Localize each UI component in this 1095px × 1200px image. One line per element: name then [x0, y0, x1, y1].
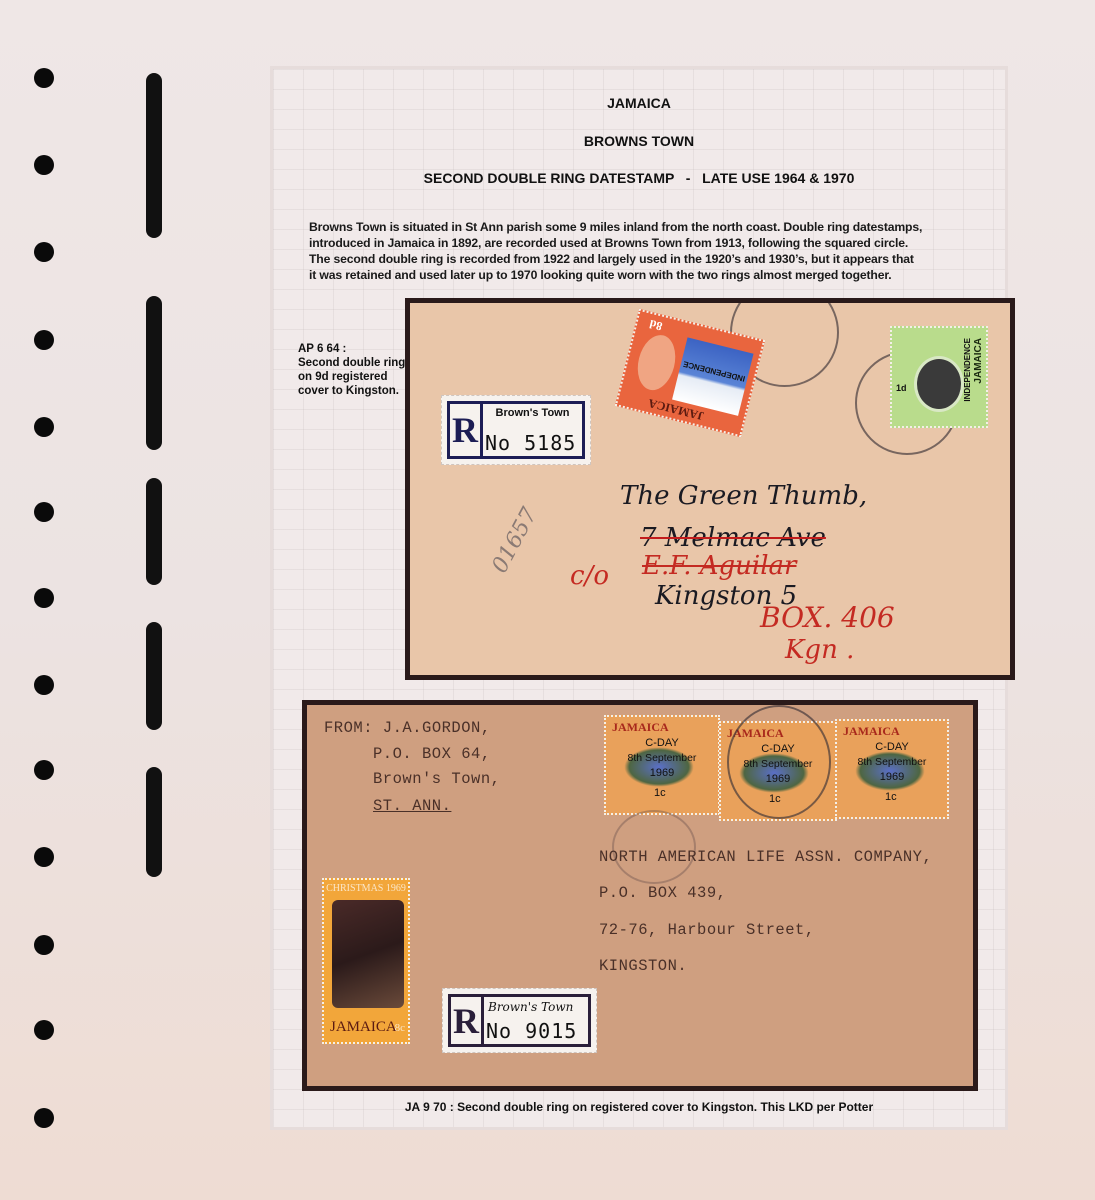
binder-hole — [34, 675, 54, 695]
stamp-cday-1c: JAMAICA C-DAY 8th September 1969 1c — [835, 719, 949, 819]
registration-label: R Brown's Town No 9015 — [442, 988, 597, 1053]
stamp-overprint: C-DAY — [606, 737, 718, 749]
stamp-value: 1c — [654, 787, 666, 799]
stamp-portrait — [914, 356, 964, 412]
stamp-portrait — [632, 331, 680, 394]
recipient-line: NORTH AMERICAN LIFE ASSN. COMPANY, — [599, 848, 932, 866]
binder-slot — [146, 478, 162, 585]
binder-slot — [146, 767, 162, 877]
recipient-line: KINGSTON. — [599, 957, 687, 975]
stamp-country: JAMAICA — [843, 724, 900, 739]
stamp-overprint: C-DAY — [837, 741, 947, 753]
sender-line: ST. ANN. — [373, 797, 451, 815]
stamp-value: 8c — [395, 1022, 405, 1034]
cover1-note: AP 6 64 : Second double ring on 9d regis… — [298, 342, 408, 398]
page-title: JAMAICA — [270, 95, 1008, 111]
stamp-country: JAMAICA — [612, 720, 669, 735]
binder-hole — [34, 760, 54, 780]
registration-number: No 9015 — [486, 1019, 577, 1043]
stamp-header: CHRISTMAS 1969 — [324, 883, 408, 894]
cover-1964: INDEPENDENCE JAMAICA 8d INDEPENDENCE JAM… — [405, 298, 1015, 680]
stamp-country: JAMAICA — [330, 1019, 397, 1036]
address-line-struck: 7 Melmac Ave — [640, 523, 826, 553]
binder-hole — [34, 155, 54, 175]
registration-town-handwritten: Brown's Town — [488, 1000, 588, 1014]
sender-line: P.O. BOX 64, — [373, 745, 491, 763]
registration-label: R Brown's Town No 5185 — [441, 395, 591, 465]
recipient-line: 72-76, Harbour Street, — [599, 921, 815, 939]
binder-hole — [34, 242, 54, 262]
intro-line: introduced in Jamaica in 1892, are recor… — [309, 235, 989, 251]
intro-line: Browns Town is situated in St Ann parish… — [309, 219, 989, 235]
stamp-country: JAMAICA — [973, 338, 984, 384]
sender-line: FROM: J.A.GORDON, — [324, 719, 491, 737]
registration-letter: R — [451, 997, 484, 1044]
postmark — [612, 810, 696, 884]
note-line: cover to Kingston. — [298, 384, 408, 398]
binder-slot — [146, 296, 162, 450]
page-subtitle: BROWNS TOWN — [270, 133, 1008, 149]
stamp-christmas-1969: CHRISTMAS 1969 JAMAICA 8c — [322, 878, 410, 1044]
binder-hole — [34, 847, 54, 867]
page-heading: SECOND DOUBLE RING DATESTAMP - LATE USE … — [270, 170, 1008, 186]
intro-line: it was retained and used later up to 197… — [309, 267, 989, 283]
binder-hole — [34, 502, 54, 522]
registration-number: No 5185 — [485, 431, 576, 455]
stamp-1d-independence: INDEPENDENCE JAMAICA 1d — [890, 326, 988, 428]
stamp-overprint: INDEPENDENCE — [963, 338, 972, 402]
stamp-value: 1d — [896, 383, 907, 393]
binder-hole — [34, 588, 54, 608]
registration-letter: R — [450, 404, 483, 456]
binder-hole — [34, 68, 54, 88]
sender-line: Brown's Town, — [373, 770, 500, 788]
binder-hole — [34, 1108, 54, 1128]
postmark — [727, 705, 831, 819]
cover2-caption: JA 9 70 : Second double ring on register… — [270, 1100, 1008, 1114]
address-care-of: c/o — [570, 561, 609, 591]
stamp-painting — [332, 900, 404, 1008]
address-line: The Green Thumb, — [620, 481, 867, 511]
recipient-line: P.O. BOX 439, — [599, 884, 726, 902]
registration-town: Brown's Town — [483, 407, 582, 419]
note-line: AP 6 64 : — [298, 342, 408, 356]
stamp-overprint: 1969 — [606, 767, 718, 779]
binder-hole — [34, 417, 54, 437]
note-line: on 9d registered — [298, 370, 408, 384]
address-box: BOX. 406 — [760, 601, 895, 634]
intro-paragraph: Browns Town is situated in St Ann parish… — [309, 219, 989, 283]
stamp-value: 1c — [885, 791, 897, 803]
stamp-overprint: 1969 — [837, 771, 947, 783]
binder-slot — [146, 73, 162, 238]
binder-hole — [34, 330, 54, 350]
stamp-overprint: 8th September — [606, 752, 718, 764]
stamp-cday-1c: JAMAICA C-DAY 8th September 1969 1c — [604, 715, 720, 815]
cover-1970: FROM: J.A.GORDON, P.O. BOX 64, Brown's T… — [302, 700, 978, 1091]
address-city: Kgn . — [785, 635, 854, 665]
stamp-overprint: 8th September — [837, 756, 947, 768]
pencil-note: 01657 — [488, 504, 543, 578]
binder-slot — [146, 622, 162, 730]
binder-hole — [34, 935, 54, 955]
stamp-value: 8d — [648, 316, 664, 334]
note-line: Second double ring — [298, 356, 408, 370]
binder-hole — [34, 1020, 54, 1040]
intro-line: The second double ring is recorded from … — [309, 251, 989, 267]
address-line-struck-red: E.F. Aguilar — [642, 551, 797, 581]
